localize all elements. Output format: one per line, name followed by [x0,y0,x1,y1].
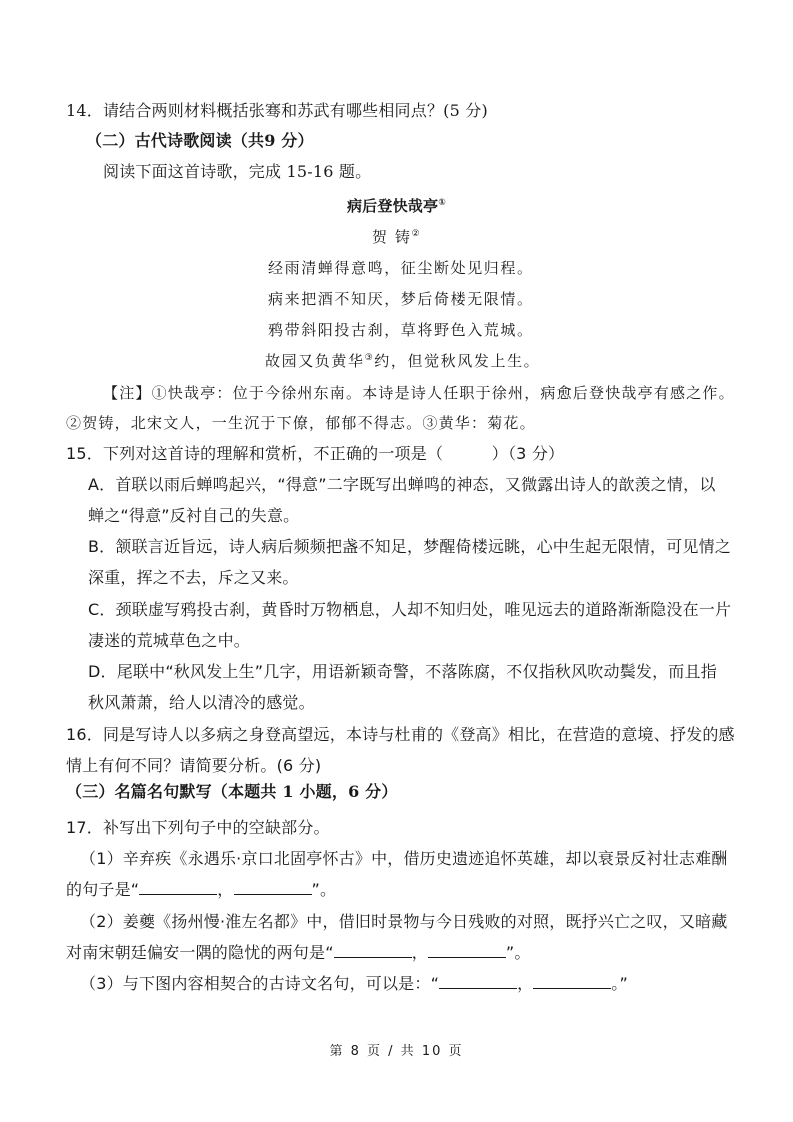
footnote-marker: ③ [365,353,375,363]
option-d-cont: 秋风萧萧，给人以清冷的感觉。 [88,693,315,713]
answer-blank[interactable] [139,880,217,895]
item-3-suffix: 。” [611,974,628,993]
answer-blank[interactable] [428,943,506,958]
option-b-cont: 深重，挥之不去，斥之又来。 [88,568,299,588]
item-3-prefix: （3）与下图内容相契合的古诗文名句，可以是：“ [80,974,439,993]
question-16: 16．同是写诗人以多病之身登高望远，本诗与杜甫的《登高》相比，在营造的意境、抒发… [66,725,735,745]
item-2-suffix: ”。 [506,943,531,962]
poem-author: 贺 铸② [0,227,793,247]
poem-line: 故园又负黄华③约，但觉秋风发上生。 [265,351,540,371]
poem-title-text: 病后登快哉亭 [347,197,438,215]
separator: ， [412,943,428,962]
item-1-suffix: ”。 [312,880,337,899]
separator: ， [517,974,533,993]
separator: ， [217,880,233,899]
question-17-item-2-answer: 对南宋朝廷偏安一隅的隐忧的两句是“，”。 [66,943,531,963]
footnote-marker: ① [438,198,446,208]
option-c-cont: 凄迷的荒城草色之中。 [88,631,250,651]
section-heading-recitation: （三）名篇名句默写（本题共 1 小题，6 分） [66,782,398,802]
poem-line-part: 约，但觉秋风发上生。 [374,352,540,370]
question-17-item-1: （1）辛弃疾《永遇乐·京口北固亭怀古》中，借历史遗迹追怀英雄，却以衰景反衬壮志难… [80,849,727,869]
item-2-prefix: 对南宋朝廷偏安一隅的隐忧的两句是“ [66,943,334,962]
question-15-stem: 15．下列对这首诗的理解和赏析，不正确的一项是（ ）（3 分） [66,444,564,464]
poem-line: 病来把酒不知厌，梦后倚楼无限情。 [268,289,534,309]
question-17-item-3: （3）与下图内容相契合的古诗文名句，可以是：“，。” [80,974,628,994]
question-17-item-2: （2）姜夔《扬州慢·淮左名都》中，借旧时景物与今日残败的对照，既抒兴亡之叹，又暗… [80,912,727,932]
question-16-cont: 情上有何不同？请简要分析。(6 分) [66,756,321,776]
poem-author-text: 贺 铸 [372,228,412,246]
answer-blank[interactable] [234,880,312,895]
item-1-prefix: 的句子是“ [66,880,139,899]
question-17-item-1-answer: 的句子是“，”。 [66,880,336,900]
option-b: B．颔联言近旨远，诗人病后频频把盏不知足，梦醒倚楼远眺，心中生起无限情，可见情之 [88,537,731,557]
option-a-cont: 蝉之“得意”反衬自己的失意。 [88,506,299,526]
question-14: 14．请结合两则材料概括张骞和苏武有哪些相同点？(5 分) [66,101,488,121]
section-instruction: 阅读下面这首诗歌，完成 15-16 题。 [103,162,371,182]
poem-line-part: 故园又负黄华 [265,352,365,370]
question-17-stem: 17．补写出下列句子中的空缺部分。 [66,818,330,838]
poem-notes-line: ②贺铸，北宋文人，一生沉于下僚，郁郁不得志。③黄华：菊花。 [66,413,536,433]
poem-line: 鸦带斜阳投古刹，草将野色入荒城。 [268,320,534,340]
answer-blank[interactable] [533,974,611,989]
option-d: D．尾联中“秋风发上生”几字，用语新颖奇警，不落陈腐，不仅指秋风吹动鬓发，而且指 [88,662,717,682]
page-number: 第 8 页 / 共 10 页 [0,1040,793,1059]
poem-line: 经雨清蝉得意鸣，征尘断处见归程。 [268,258,534,278]
poem-title: 病后登快哉亭① [0,196,793,216]
option-c: C．颈联虚写鸦投古刹，黄昏时万物栖息，人却不知归处，唯见远去的道路渐渐隐没在一片 [88,600,731,620]
answer-blank[interactable] [439,974,517,989]
section-heading-poetry: （二）古代诗歌阅读（共9 分） [86,131,314,151]
footnote-marker: ② [411,229,421,239]
poem-notes-line: 【注】①快哉亭：位于今徐州东南。本诗是诗人任职于徐州，病愈后登快哉亭有感之作。 [103,383,735,403]
option-a: A．首联以雨后蝉鸣起兴，“得意”二字既写出蝉鸣的神态，又微露出诗人的歆羡之情，以 [88,475,716,495]
answer-blank[interactable] [334,943,412,958]
